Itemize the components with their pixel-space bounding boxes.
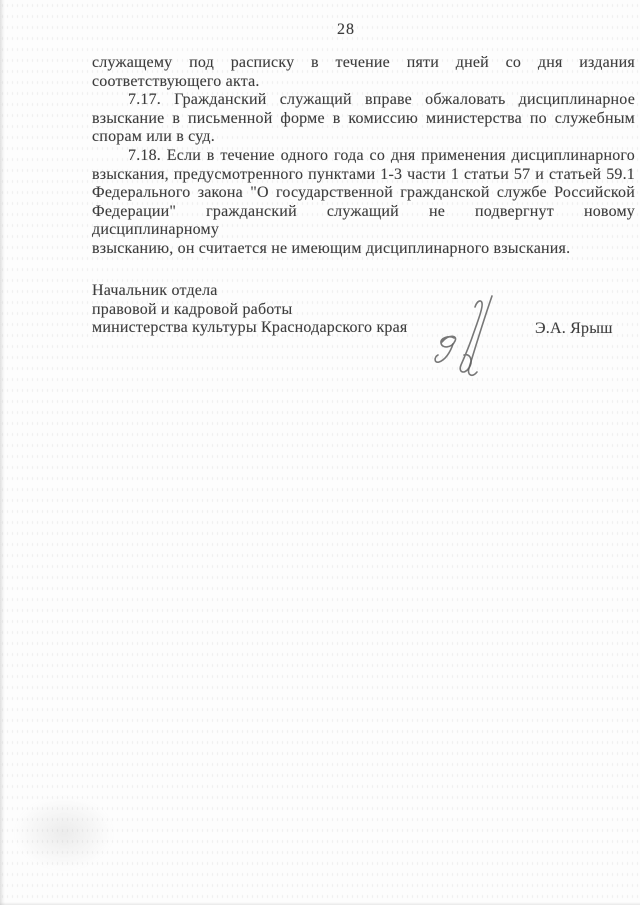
text-line: взыскания, предусмотренного пунктами 1-3…	[92, 166, 635, 185]
page-number: 28	[337, 21, 355, 39]
text-line: спорам или в суд.	[92, 128, 635, 147]
text-line: 7.17. Гражданский служащий вправе обжало…	[92, 91, 635, 110]
text-line: соответствующего акта.	[92, 73, 635, 92]
signatory-title-line: правовой и кадровой работы	[92, 301, 472, 320]
signatory-title: Начальник отделаправовой и кадровой рабо…	[92, 282, 472, 338]
document-page: 28 служащему под расписку в течение пяти…	[0, 0, 640, 905]
text-line: взыскание в письменной форме в комиссию …	[92, 110, 635, 129]
signatory-title-line: министерства культуры Краснодарского кра…	[92, 319, 472, 338]
document-body: служащему под расписку в течение пяти дн…	[92, 54, 635, 259]
signatory-title-line: Начальник отдела	[92, 282, 472, 301]
handwritten-signature-icon	[426, 290, 510, 380]
scan-smudge-artifact	[14, 796, 114, 870]
scan-edge-artifact	[0, 0, 5, 905]
text-line: Федерального закона "О государственной г…	[92, 184, 635, 203]
text-line: Федерации" гражданский служащий не подве…	[92, 203, 635, 240]
text-line: 7.18. Если в течение одного года со дня …	[92, 147, 635, 166]
text-line: служащему под расписку в течение пяти дн…	[92, 54, 635, 73]
signer-name: Э.А. Ярыш	[535, 320, 613, 338]
text-line: взысканию, он считается не имеющим дисци…	[92, 240, 635, 259]
